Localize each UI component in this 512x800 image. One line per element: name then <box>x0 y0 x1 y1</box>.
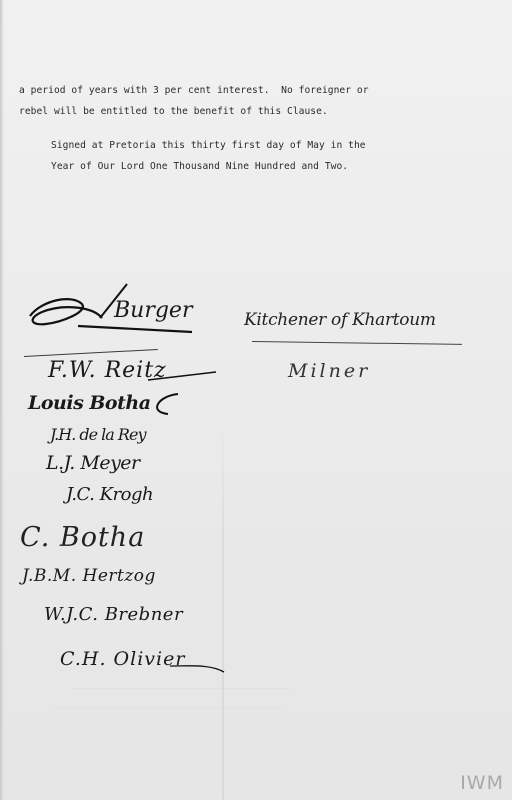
signature-botha-louis: Louis Botha <box>28 392 188 420</box>
clause-paragraph: a period of years with 3 per cent intere… <box>19 80 369 122</box>
signature-text: Milner <box>288 360 370 382</box>
paper-fold <box>222 420 224 800</box>
signature-delarey: J.H. de la Rey <box>50 425 145 451</box>
text-line: Year of Our Lord One Thousand Nine Hundr… <box>51 161 348 172</box>
signature-text: Kitchener of Khartoum <box>244 310 436 330</box>
text-line: Signed at Pretoria this thirty first day… <box>51 140 366 151</box>
signature-text: J.B.M. Hertzog <box>22 566 156 586</box>
signature-reitz: F.W. Reitz <box>48 358 218 388</box>
signature-text: J.H. de la Rey <box>50 425 145 444</box>
signature-visible: Burger <box>114 298 192 323</box>
signature-text: W.J.C. Brebner <box>44 604 183 625</box>
signature-olivier: C.H. Olivier <box>60 648 185 678</box>
signature-burger: S.W. Burger Burger <box>22 282 212 342</box>
signature-botha-c: C. Botha <box>20 522 145 560</box>
document-page: a period of years with 3 per cent intere… <box>0 0 512 800</box>
page-edge-shadow <box>0 0 4 800</box>
underline-stroke-icon <box>48 358 218 388</box>
signature-hertzog: J.B.M. Hertzog <box>22 566 156 594</box>
signature-text: J.C. Krogh <box>66 484 153 505</box>
signature-text: C. Botha <box>20 522 145 553</box>
bleed-through-text: ________________________________________… <box>70 680 292 690</box>
text-line: rebel will be entitled to the benefit of… <box>19 106 328 117</box>
signature-kitchener: Kitchener of Khartoum <box>244 310 436 340</box>
signature-text: L.J. Meyer <box>46 452 140 474</box>
signature-flourish-icon <box>28 392 188 422</box>
underline-rule <box>252 341 462 345</box>
text-line: a period of years with 3 per cent intere… <box>19 85 369 96</box>
signature-krogh: J.C. Krogh <box>66 484 153 512</box>
underline-stroke-icon <box>60 648 230 678</box>
underline-rule <box>24 349 158 357</box>
signing-paragraph: Signed at Pretoria this thirty first day… <box>51 135 366 177</box>
signature-brebner: W.J.C. Brebner <box>44 604 183 634</box>
signature-meyer: L.J. Meyer <box>46 452 140 480</box>
iwm-watermark: IWM <box>460 772 504 794</box>
signature-milner: Milner <box>288 360 370 390</box>
bleed-through-text: ________________________________________… <box>50 700 283 710</box>
